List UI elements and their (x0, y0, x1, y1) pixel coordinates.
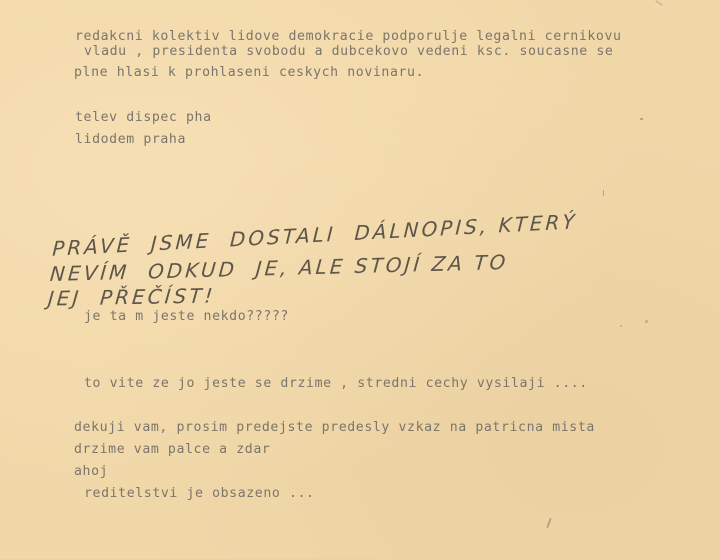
typed-line: dekuji vam, prosim predejste predesly vz… (74, 421, 595, 434)
paper-speck (620, 325, 622, 327)
typed-line: reditelstvi je obsazeno ... (84, 487, 315, 500)
typed-line: drzime vam palce a zdar (74, 443, 270, 456)
paper-speck (645, 320, 648, 323)
typed-line: ahoj (74, 465, 108, 478)
typed-line: lidodem praha (75, 133, 186, 146)
typed-line: telev dispec pha (75, 111, 212, 124)
typed-line: plne hlasi k prohlaseni ceskych novinaru… (74, 66, 424, 79)
typed-line: vladu , presidenta svobodu a dubcekovo v… (84, 45, 613, 58)
paper-speck (603, 190, 604, 196)
typed-line: je ta m jeste nekdo????? (84, 310, 289, 323)
typed-line: to vite ze jo jeste se drzime , stredni … (84, 377, 588, 390)
typed-line: redakcni kolektiv lidove demokracie podp… (75, 30, 622, 43)
handwritten-line: JEJ PŘEČÍST! (47, 286, 216, 309)
paper-speck (640, 118, 643, 120)
